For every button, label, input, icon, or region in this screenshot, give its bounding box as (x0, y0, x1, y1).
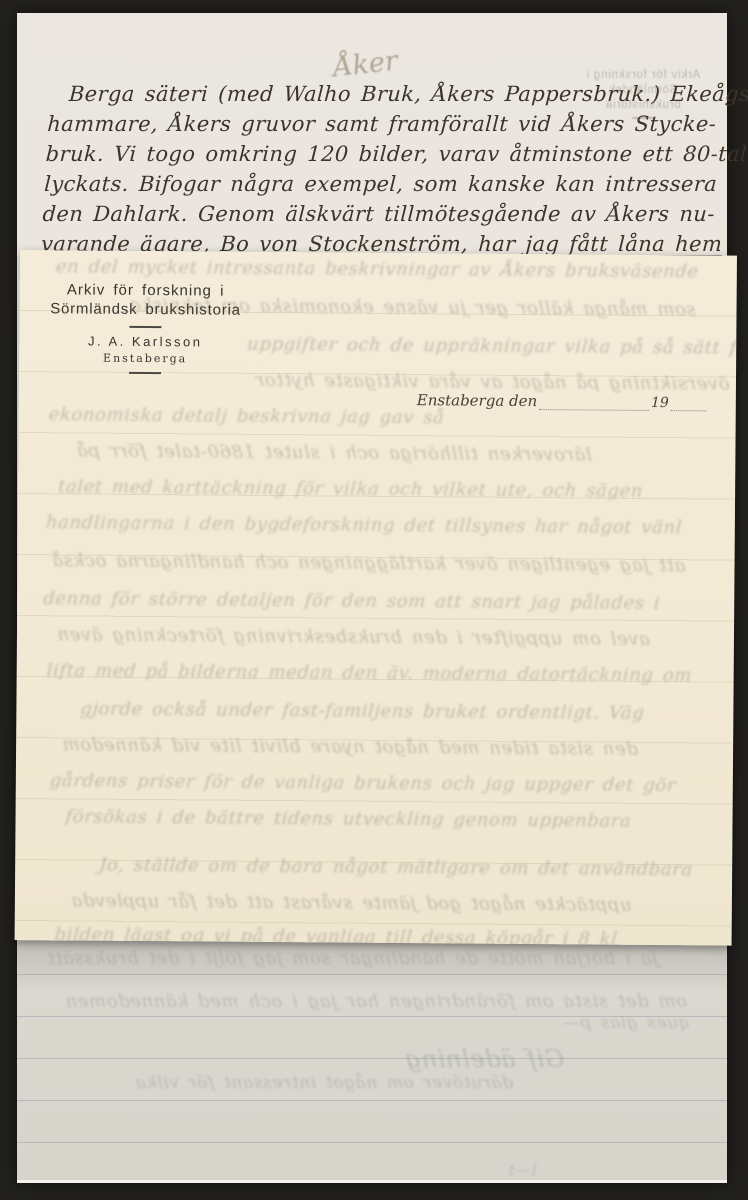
faint-handwriting-bottom: ja i början mötte de handlingar som jag … (17, 13, 727, 1183)
faint-handwriting-line: om det sista om förändringen har jag i o… (64, 991, 687, 1012)
faint-handwriting-line: därutöver om något intressant för vilka (134, 1073, 513, 1093)
handwritten-letter-page: Arkiv för forskning i Sörmländsk brukshi… (17, 13, 727, 1183)
faint-handwriting-line: ques gias p— (561, 1013, 690, 1033)
faint-handwriting-line: t—1 (508, 1163, 539, 1179)
faint-handwriting-line: Gif ädelning (404, 1045, 565, 1073)
document-scan: Arkiv för forskning i Sörmländsk brukshi… (0, 0, 748, 1200)
faint-handwriting-line: ja i början mötte de handlingar som jag … (46, 948, 658, 969)
